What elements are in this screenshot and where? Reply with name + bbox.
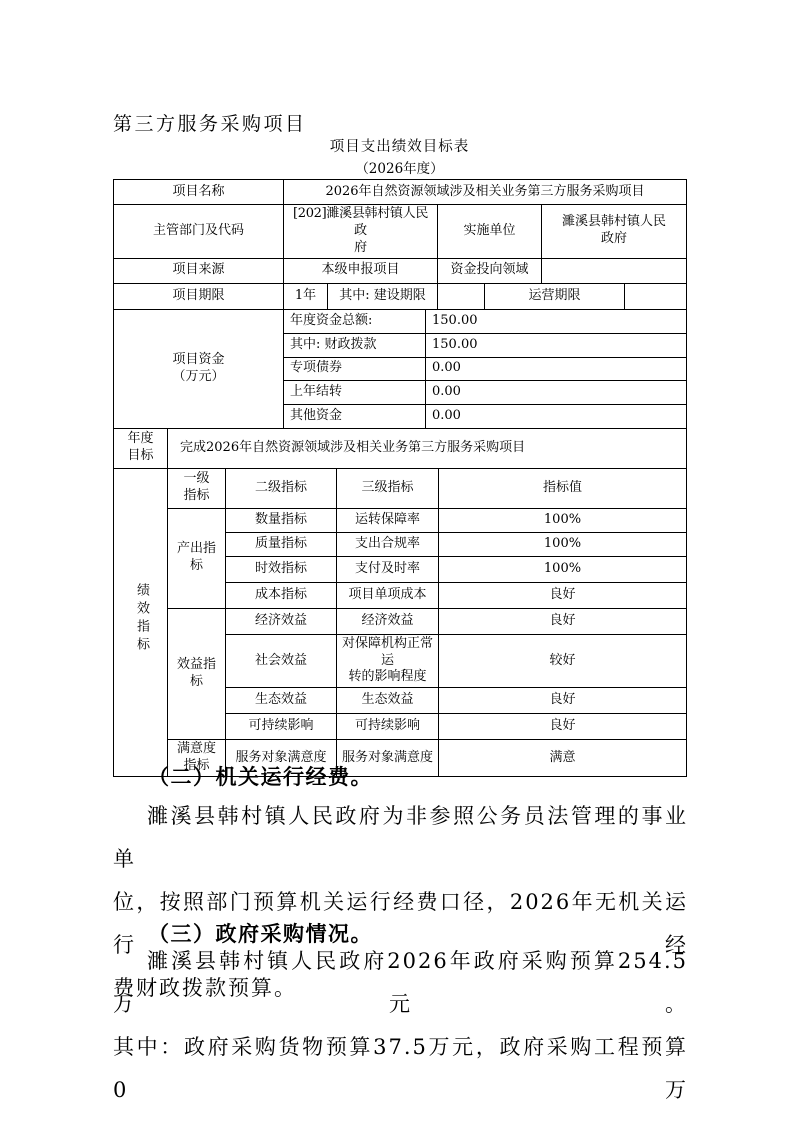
- table-year-subtitle: （2026年度）: [113, 157, 686, 177]
- cell-header-level2: 二级指标: [226, 468, 337, 508]
- table-row: 项目期限 1年 其中: 建设期限 运营期限: [114, 283, 687, 309]
- cell-fund-item-value: 0.00: [426, 404, 687, 428]
- body-line: 濉溪县韩村镇人民政府2026年政府采购预算254.5万元。: [113, 940, 688, 1026]
- cell-l2: 成本指标: [226, 582, 337, 608]
- cell-invest-field-label: 资金投向领域: [438, 258, 542, 283]
- cell-value: 良好: [439, 608, 687, 634]
- body-line: 濉溪县韩村镇人民政府为非参照公务员法管理的事业单: [113, 795, 688, 881]
- cell-oper-period-value: [625, 283, 687, 309]
- cell-l2: 生态效益: [226, 688, 337, 714]
- cell-dept-label: 主管部门及代码: [114, 205, 284, 259]
- cell-l3: 运转保障率: [337, 508, 439, 532]
- cell-l3: 对保障机构正常运 转的影响程度: [337, 634, 439, 688]
- table-row: 效益指 标 经济效益 经济效益 良好: [114, 608, 687, 634]
- cell-l2: 可持续影响: [226, 714, 337, 740]
- table-row: 项目资金 （万元） 年度资金总额: 150.00: [114, 309, 687, 333]
- indicators-table: 绩效指标 一级 指标 二级指标 三级指标 指标值 产出指 标 数量指标 运转保障…: [113, 468, 687, 777]
- paragraph-government-procurement: 濉溪县韩村镇人民政府2026年政府采购预算254.5万元。 其中：政府采购货物预…: [113, 940, 688, 1112]
- cell-funds-label: 项目资金 （万元）: [114, 309, 284, 428]
- cell-fund-item-value: 150.00: [426, 309, 687, 333]
- cell-fund-item-value: 0.00: [426, 380, 687, 404]
- table-row: 绩效指标 一级 指标 二级指标 三级指标 指标值: [114, 468, 687, 508]
- document-page: 第三方服务采购项目 项目支出绩效目标表 （2026年度） 项目名称 2026年自…: [0, 0, 793, 1122]
- cell-header-value: 指标值: [439, 468, 687, 508]
- cell-source-label: 项目来源: [114, 258, 284, 283]
- body-line: 其中：政府采购货物预算37.5万元，政府采购工程预算0万: [113, 1026, 688, 1112]
- perf-label-vertical-text: 绩效指标: [132, 583, 149, 655]
- cell-group-output: 产出指 标: [168, 508, 226, 608]
- table-row: 年度 目标 完成2026年自然资源领域涉及相关业务第三方服务采购项目: [114, 428, 687, 468]
- cell-header-level3: 三级指标: [337, 468, 439, 508]
- cell-fund-item-label: 专项债券: [284, 357, 426, 380]
- cell-value: 良好: [439, 688, 687, 714]
- cell-period-label: 项目期限: [114, 283, 284, 309]
- cell-l2: 社会效益: [226, 634, 337, 688]
- cell-fund-item-label: 年度资金总额:: [284, 309, 426, 333]
- table-row: 主管部门及代码 [202]濉溪县韩村镇人民政 府 实施单位 濉溪县韩村镇人民 政…: [114, 205, 687, 259]
- funds-table: 项目资金 （万元） 年度资金总额: 150.00 其中: 财政拨款 150.00…: [113, 309, 687, 429]
- cell-invest-field-value: [542, 258, 687, 283]
- cell-project-name-label: 项目名称: [114, 180, 284, 205]
- cell-value: 100%: [439, 556, 687, 582]
- cell-l3: 支付及时率: [337, 556, 439, 582]
- cell-impl-unit-label: 实施单位: [438, 205, 542, 259]
- cell-oper-period-label: 运营期限: [485, 283, 625, 309]
- cell-header-level1: 一级 指标: [168, 468, 226, 508]
- cell-fund-item-label: 其中: 财政拨款: [284, 333, 426, 357]
- table-row: 产出指 标 数量指标 运转保障率 100%: [114, 508, 687, 532]
- cell-project-name-value: 2026年自然资源领域涉及相关业务第三方服务采购项目: [284, 180, 687, 205]
- table-row: 项目名称 2026年自然资源领域涉及相关业务第三方服务采购项目: [114, 180, 687, 205]
- cell-l2: 质量指标: [226, 532, 337, 556]
- table-row: 项目来源 本级申报项目 资金投向领域: [114, 258, 687, 283]
- table-title: 项目支出绩效目标表: [113, 135, 686, 156]
- cell-l2: 数量指标: [226, 508, 337, 532]
- cell-annual-goal-value: 完成2026年自然资源领域涉及相关业务第三方服务采购项目: [168, 428, 687, 468]
- cell-perf-label: 绩效指标: [114, 468, 168, 776]
- cell-l3: 支出合规率: [337, 532, 439, 556]
- cell-dept-value: [202]濉溪县韩村镇人民政 府: [284, 205, 438, 259]
- cell-l3: 可持续影响: [337, 714, 439, 740]
- cell-l3: 经济效益: [337, 608, 439, 634]
- info-table: 项目名称 2026年自然资源领域涉及相关业务第三方服务采购项目 主管部门及代码 …: [113, 179, 687, 310]
- annual-goal-table: 年度 目标 完成2026年自然资源领域涉及相关业务第三方服务采购项目: [113, 428, 687, 469]
- cell-value: 100%: [439, 532, 687, 556]
- cell-group-benefit: 效益指 标: [168, 608, 226, 740]
- cell-fund-item-value: 150.00: [426, 333, 687, 357]
- cell-l3: 生态效益: [337, 688, 439, 714]
- cell-l2: 经济效益: [226, 608, 337, 634]
- cell-l3: 项目单项成本: [337, 582, 439, 608]
- section-heading-agency-operating-funds: （二）机关运行经费。: [113, 761, 688, 791]
- cell-value: 100%: [439, 508, 687, 532]
- cell-fund-item-label: 其他资金: [284, 404, 426, 428]
- cell-impl-unit-value: 濉溪县韩村镇人民 政府: [542, 205, 687, 259]
- cell-fund-item-label: 上年结转: [284, 380, 426, 404]
- section-title: 第三方服务采购项目: [113, 109, 307, 136]
- cell-value: 较好: [439, 634, 687, 688]
- cell-period-value: 1年: [284, 283, 328, 309]
- cell-source-value: 本级申报项目: [284, 258, 438, 283]
- cell-l2: 时效指标: [226, 556, 337, 582]
- cell-value: 良好: [439, 582, 687, 608]
- cell-build-period-value: [438, 283, 485, 309]
- cell-value: 良好: [439, 714, 687, 740]
- cell-build-period-label: 其中: 建设期限: [328, 283, 438, 309]
- cell-fund-item-value: 0.00: [426, 357, 687, 380]
- cell-annual-goal-label: 年度 目标: [114, 428, 168, 468]
- performance-target-table: 项目名称 2026年自然资源领域涉及相关业务第三方服务采购项目 主管部门及代码 …: [113, 179, 686, 777]
